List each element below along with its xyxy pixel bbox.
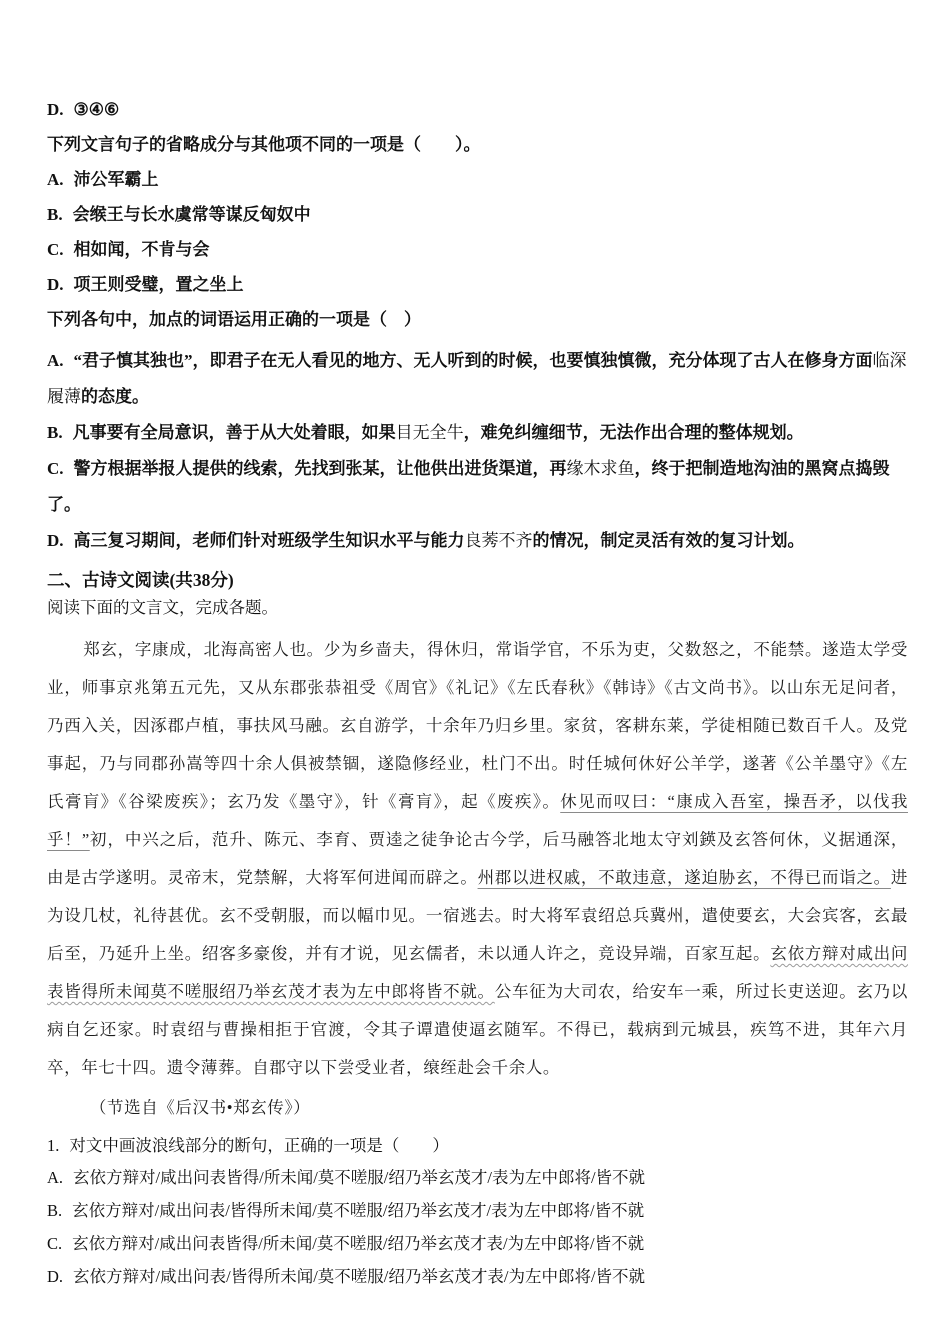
previous-question-option-d: D.③④⑥ xyxy=(47,98,908,122)
option-text-prefix: 警方根据举报人提供的线索，先找到张某，让他供出进货渠道，再 xyxy=(74,459,567,478)
option-text: 会缑王与长水虞常等谋反匈奴中 xyxy=(73,205,311,224)
q1-stem: 1.对文中画波浪线部分的断句，正确的一项是（ ） xyxy=(47,1131,908,1161)
q1-option-d: D.玄依方辩对/咸出问表/皆得所未闻/莫不嗟服/绍乃举玄茂才表/为左中郎将/皆不… xyxy=(47,1260,908,1293)
option-label: C. xyxy=(47,240,64,259)
option-label: B. xyxy=(47,205,63,224)
q-idiom-stem: 下列各句中，加点的词语运用正确的一项是（ ） xyxy=(47,308,908,332)
option-text-suffix: 的态度。 xyxy=(81,387,149,406)
section-heading: 二、古诗文阅读(共38分) xyxy=(47,567,908,593)
classical-passage: 郑玄，字康成，北海高密人也。少为乡啬夫，得休归，常诣学官，不乐为吏，父数怒之，不… xyxy=(47,631,908,1087)
option-text-prefix: “君子慎其独也”，即君子在无人看见的地方、无人听到的时候，也要慎独慎微，充分体现… xyxy=(74,351,873,370)
q-ellipsis-option-c: C.相如闻，不肯与会 xyxy=(47,238,908,262)
emphasized-idiom: 缘木求鱼 xyxy=(567,459,635,478)
option-text: 相如闻，不肯与会 xyxy=(74,240,210,259)
option-text: 玄依方辩对/咸出问表皆得/所未闻/莫不嗟服/绍乃举玄茂才表/为左中郎将/皆不就 xyxy=(72,1234,644,1253)
passage-source: （节选自《后汉书•郑玄传》） xyxy=(47,1093,908,1123)
option-text-suffix: ，难免纠缠细节，无法作出合理的整体规划。 xyxy=(464,423,804,442)
option-text: 玄依方辩对/咸出问表/皆得所未闻/莫不嗟服/绍乃举玄茂才表/为左中郎将/皆不就 xyxy=(73,1267,645,1286)
q-idiom-option-a: A.“君子慎其独也”，即君子在无人看见的地方、无人听到的时候，也要慎独慎微，充分… xyxy=(47,343,908,415)
option-label: B. xyxy=(47,423,63,442)
emphasized-idiom: 目无全牛 xyxy=(396,423,464,442)
q-ellipsis-option-a: A.沛公军霸上 xyxy=(47,168,908,192)
option-label: C. xyxy=(47,1234,62,1253)
q1-option-a: A.玄依方辩对/咸出问表皆得/所未闻/莫不嗟服/绍乃举玄茂才/表为左中郎将/皆不… xyxy=(47,1161,908,1194)
option-label: A. xyxy=(47,351,64,370)
reading-instruction: 阅读下面的文言文，完成各题。 xyxy=(47,595,908,621)
q-ellipsis-option-b: B.会缑王与长水虞常等谋反匈奴中 xyxy=(47,203,908,227)
q1-option-c: C.玄依方辩对/咸出问表皆得/所未闻/莫不嗟服/绍乃举玄茂才表/为左中郎将/皆不… xyxy=(47,1227,908,1260)
q1-option-b: B.玄依方辩对/咸出问表/皆得所未闻/莫不嗟服/绍乃举玄茂才/表为左中郎将/皆不… xyxy=(47,1194,908,1227)
emphasized-idiom: 良莠不齐 xyxy=(465,531,533,550)
underlined-clause: 州郡以进权戚，不敢违意，遂迫胁玄，不得已而诣之。 xyxy=(478,868,891,887)
option-label: D. xyxy=(47,100,64,119)
option-label: B. xyxy=(47,1201,62,1220)
question-number: 1. xyxy=(47,1136,59,1155)
q-idiom-option-c: C.警方根据举报人提供的线索，先找到张某，让他供出进货渠道，再缘木求鱼，终于把制… xyxy=(47,451,908,523)
exam-page: D.③④⑥ 下列文言句子的省略成分与其他项不同的一项是（ ）。 A.沛公军霸上 … xyxy=(0,0,950,1344)
option-text-suffix: 的情况，制定灵活有效的复习计划。 xyxy=(533,531,805,550)
q-ellipsis-option-d: D.项王则受璧，置之坐上 xyxy=(47,273,908,297)
option-label: A. xyxy=(47,1168,63,1187)
option-text: 玄依方辩对/咸出问表/皆得所未闻/莫不嗟服/绍乃举玄茂才/表为左中郎将/皆不就 xyxy=(72,1201,644,1220)
q-ellipsis-stem: 下列文言句子的省略成分与其他项不同的一项是（ ）。 xyxy=(47,133,908,157)
option-text: 玄依方辩对/咸出问表皆得/所未闻/莫不嗟服/绍乃举玄茂才/表为左中郎将/皆不就 xyxy=(73,1168,645,1187)
question-text: 对文中画波浪线部分的断句，正确的一项是（ ） xyxy=(69,1136,449,1155)
option-text: 项王则受璧，置之坐上 xyxy=(74,275,244,294)
option-label: D. xyxy=(47,275,64,294)
option-label: D. xyxy=(47,531,64,550)
option-label: C. xyxy=(47,459,64,478)
option-text: ③④⑥ xyxy=(74,100,120,119)
q-idiom-option-b: B.凡事要有全局意识，善于从大处着眼，如果目无全牛，难免纠缠细节，无法作出合理的… xyxy=(47,415,908,451)
option-text: 沛公军霸上 xyxy=(74,170,159,189)
q-idiom-option-d: D.高三复习期间，老师们针对班级学生知识水平与能力良莠不齐的情况，制定灵活有效的… xyxy=(47,523,908,559)
option-text-prefix: 高三复习期间，老师们针对班级学生知识水平与能力 xyxy=(74,531,465,550)
option-label: A. xyxy=(47,170,64,189)
option-text-prefix: 凡事要有全局意识，善于从大处着眼，如果 xyxy=(73,423,396,442)
passage-part1: 郑玄，字康成，北海高密人也。少为乡啬夫，得休归，常诣学官，不乐为吏，父数怒之，不… xyxy=(47,640,908,811)
option-label: D. xyxy=(47,1267,63,1286)
